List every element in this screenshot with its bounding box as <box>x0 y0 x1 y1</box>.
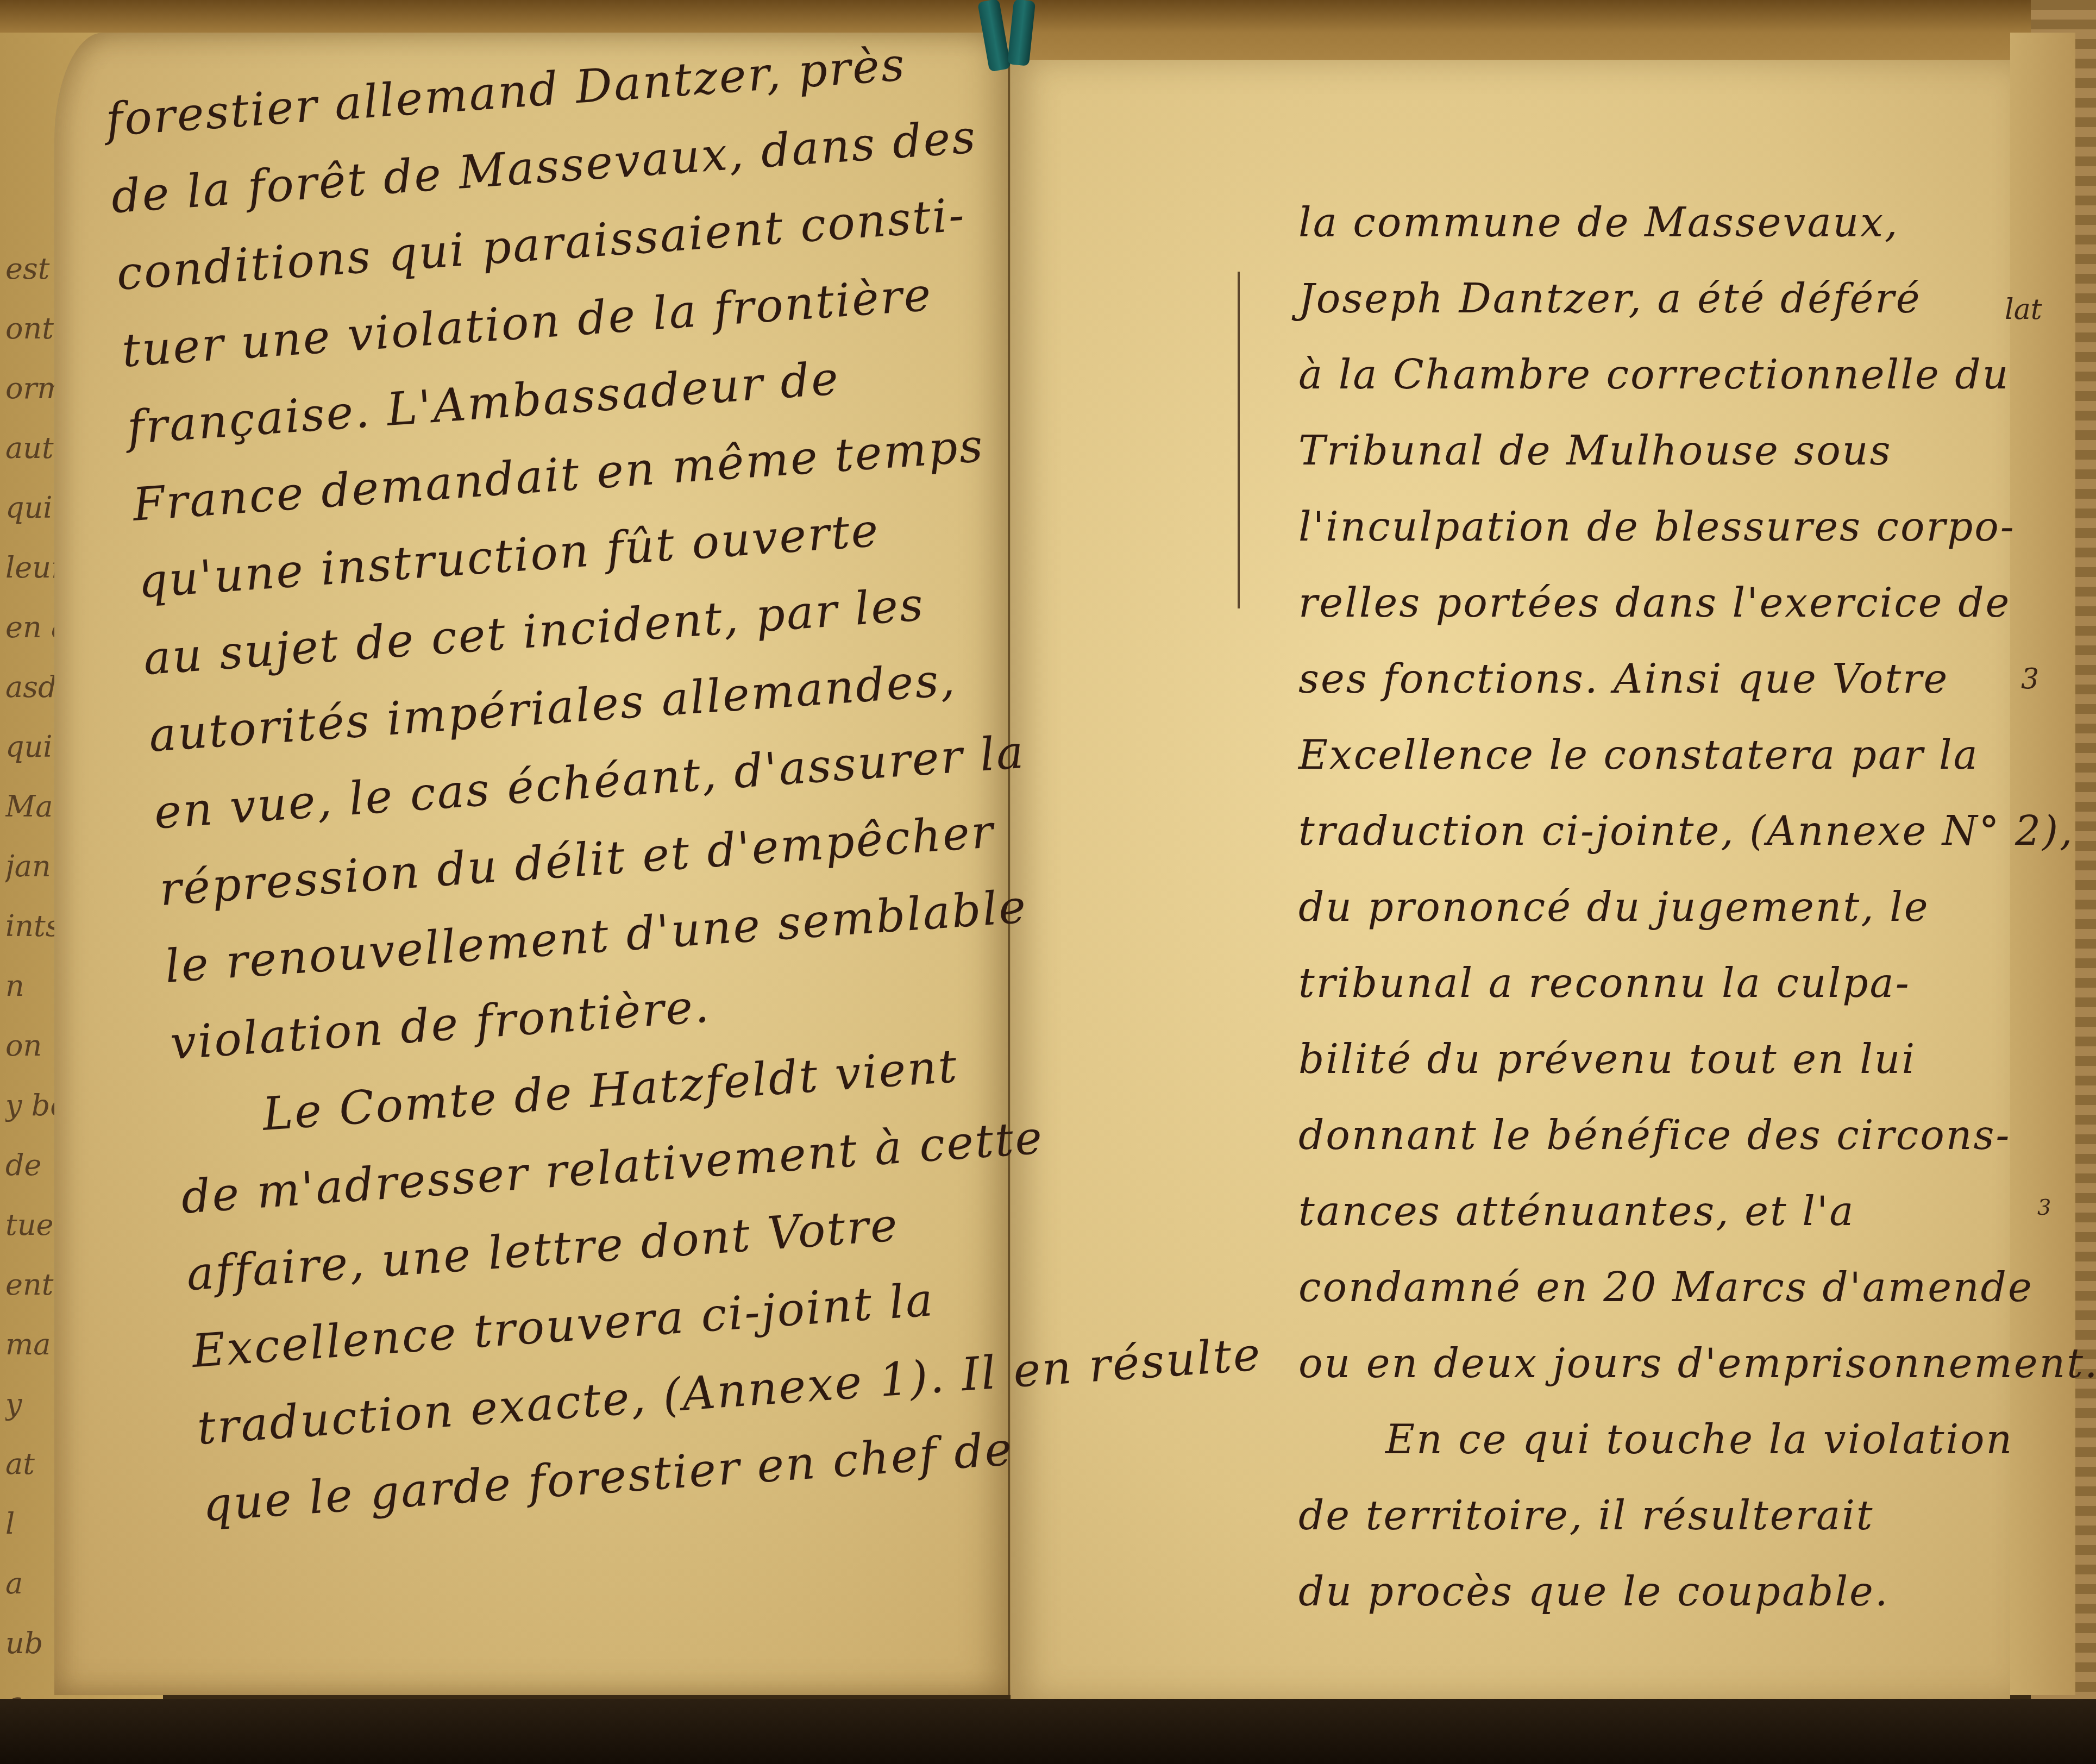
handwritten-line: donnant le bénéfice des circons- <box>1298 1097 2096 1173</box>
margin-vertical-mark <box>1238 272 1240 608</box>
handwritten-line: relles portées dans l'exercice de <box>1298 565 2096 641</box>
handwritten-line: ou en deux jours d'emprisonnement. <box>1298 1326 2096 1402</box>
margin-note: 3 <box>2037 1195 2051 1220</box>
handwritten-line: bilité du prévenu tout en lui <box>1298 1021 2096 1097</box>
desk-surface-bottom <box>0 1699 2096 1764</box>
handwritten-line: traduction ci-jointe, (Annexe N° 2), <box>1298 793 2096 869</box>
right-page-text: la commune de Massevaux,Joseph Dantzer, … <box>1298 185 2096 1630</box>
margin-note: lat <box>2005 293 2042 326</box>
handwritten-line: l'inculpation de blessures corpo- <box>1298 489 2096 565</box>
handwritten-line: tances atténuantes, et l'a <box>1298 1173 2096 1250</box>
handwritten-line: Joseph Dantzer, a été déféré <box>1298 261 2096 337</box>
margin-note: 3 <box>2021 663 2039 695</box>
handwritten-line: du procès que le coupable. <box>1298 1554 2096 1630</box>
handwritten-line: tribunal a reconnu la culpa- <box>1298 945 2096 1021</box>
handwritten-line: En ce qui touche la violation <box>1298 1402 2096 1478</box>
handwritten-line: du prononcé du jugement, le <box>1298 869 2096 945</box>
handwritten-line: de territoire, il résulterait <box>1298 1478 2096 1554</box>
handwritten-line: Excellence le constatera par la <box>1298 717 2096 793</box>
left-page-text: forestier allemand Dantzer, prèsde la fo… <box>103 7 1270 1543</box>
handwritten-line: à la Chambre correctionnelle du <box>1298 337 2096 413</box>
handwritten-line: la commune de Massevaux, <box>1298 185 2096 261</box>
handwritten-line: condamné en 20 Marcs d'amende <box>1298 1250 2096 1326</box>
document-photo: estontiormatautoquileuren aasdanqui neMa… <box>0 0 2096 1764</box>
handwritten-line: ses fonctions. Ainsi que Votre <box>1298 641 2096 717</box>
handwritten-line: Tribunal de Mulhouse sous <box>1298 413 2096 489</box>
